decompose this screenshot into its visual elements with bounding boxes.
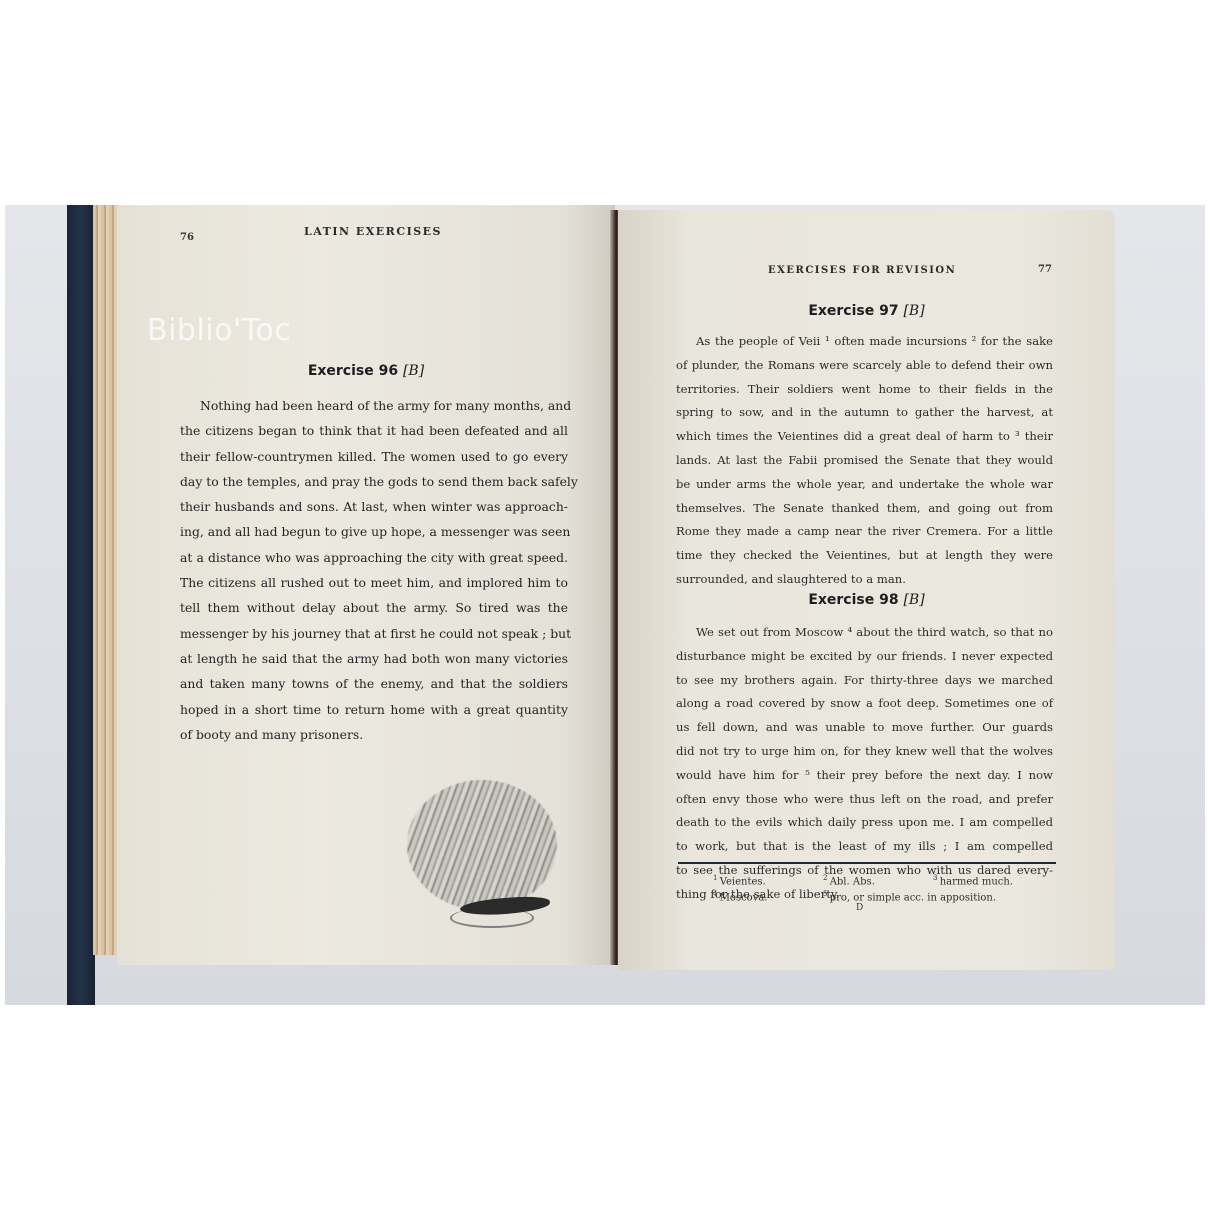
text-line: of plunder, the Romans were scarcely abl… [676,354,1053,378]
text-line: to work, but that is the least of my ill… [676,835,1053,859]
text-line: would have him for ⁵ their prey before t… [676,764,1053,788]
text-line: The citizens all rushed out to meet him,… [180,570,568,595]
text-line: their fellow-countrymen killed. The wome… [180,444,568,469]
text-line: We set out from Moscow ⁴ about the third… [676,621,1053,645]
watermark-logo: Biblio'Toc [147,313,291,348]
text-line: messenger by his journey that at first h… [180,621,568,646]
exercise-grade: [B] [903,303,924,319]
exercise-title-text: Exercise 96 [308,363,398,379]
exercise-97-text: As the people of Veii ¹ often made incur… [676,330,1053,592]
text-line: at length he said that the army had both… [180,646,568,671]
text-line: us fell down, and was unable to move fur… [676,716,1053,740]
text-line: death to the evils which daily press upo… [676,811,1053,835]
text-line: hoped in a short time to return home wit… [180,697,568,722]
pencil-mark-outline [450,908,534,928]
exercise-title-text: Exercise 98 [808,592,898,608]
text-line: tell them without delay about the army. … [180,595,568,620]
text-line: be under arms the whole year, and undert… [676,473,1053,497]
exercise-96-title: Exercise 96 [B] [117,363,615,379]
right-running-head: EXERCISES FOR REVISION [768,265,956,276]
text-line: As the people of Veii ¹ often made incur… [676,330,1053,354]
footnote-1: 1 Veientes. [713,874,766,887]
text-line: Nothing had been heard of the army for m… [180,393,568,418]
pencil-scribble-drawing [407,780,557,910]
signature-mark: D [856,903,863,913]
text-line: spring to sow, and in the autumn to gath… [676,401,1053,425]
text-line: ing, and all had begun to give up hope, … [180,519,568,544]
footnote-rule [678,862,1056,864]
text-line: their husbands and sons. At last, when w… [180,494,568,519]
text-line: at a distance who was approaching the ci… [180,545,568,570]
footnote-5: 5 pro, or simple acc. in apposition. [823,890,996,903]
text-line: lands. At last the Fabii promised the Se… [676,449,1053,473]
book-photograph: 76 LATIN EXERCISES Exercise 96 [B] Nothi… [5,205,1205,1005]
right-page: EXERCISES FOR REVISION 77 Exercise 97 [B… [618,210,1115,970]
text-line: day to the temples, and pray the gods to… [180,469,568,494]
exercise-96-text: Nothing had been heard of the army for m… [180,393,568,747]
text-line: time they checked the Veientines, but at… [676,544,1053,568]
text-line: territories. Their soldiers went home to… [676,378,1053,402]
text-line: to see my brothers again. For thirty-thr… [676,669,1053,693]
text-line: themselves. The Senate thanked them, and… [676,497,1053,521]
footnote-2: 2 Abl. Abs. [823,874,875,887]
text-line: of booty and many prisoners. [180,722,568,747]
text-line: did not try to urge him on, for they kne… [676,740,1053,764]
text-line: disturbance might be excited by our frie… [676,645,1053,669]
text-line: and taken many towns of the enemy, and t… [180,671,568,696]
text-line: along a road covered by snow a foot deep… [676,692,1053,716]
text-line: often envy those who were thus left on t… [676,788,1053,812]
exercise-title-text: Exercise 97 [808,303,898,319]
footnote-4: 4 Moscova. [713,890,768,903]
text-line: the citizens began to think that it had … [180,418,568,443]
footnote-3: 3 harmed much. [933,874,1013,887]
exercise-grade: [B] [903,592,924,608]
text-line: Rome they made a camp near the river Cre… [676,520,1053,544]
right-page-number: 77 [1038,264,1052,275]
text-line: surrounded, and slaughtered to a man. [676,568,1053,592]
left-page-number: 76 [180,232,194,243]
exercise-98-title: Exercise 98 [B] [618,592,1115,608]
book-cover-spine [67,205,95,1005]
text-line: which times the Veientines did a great d… [676,425,1053,449]
left-running-head: LATIN EXERCISES [304,225,442,238]
exercise-grade: [B] [403,363,424,379]
exercise-97-title: Exercise 97 [B] [618,303,1115,319]
